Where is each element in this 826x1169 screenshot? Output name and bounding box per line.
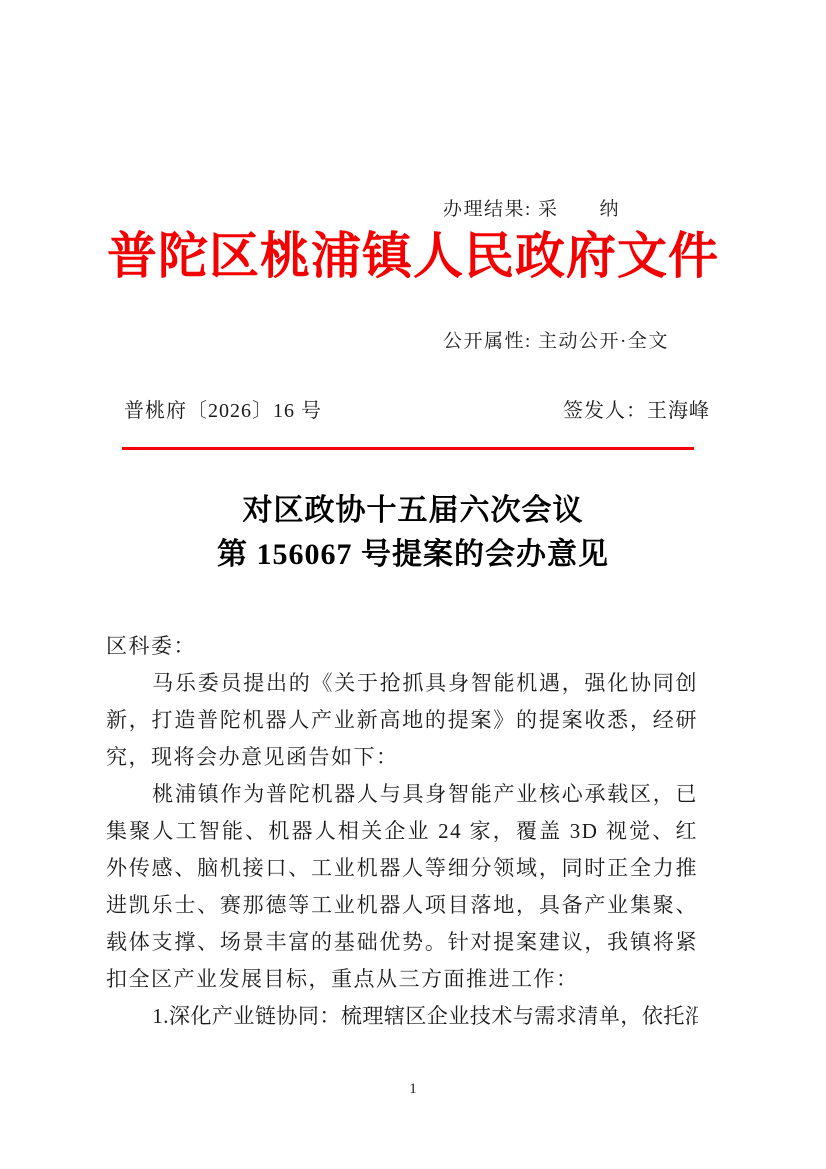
- paragraph-3-truncated: 1.深化产业链协同：梳理辖区企业技术与需求清单，依托沿: [106, 998, 698, 1035]
- paragraph-1: 马乐委员提出的《关于抢抓具身智能机遇，强化协同创新，打造普陀机器人产业新高地的提…: [106, 665, 698, 776]
- document-title-line2: 第 156067 号提案的会办意见: [217, 538, 609, 571]
- document-title-line1: 对区政协十五届六次会议: [243, 494, 584, 527]
- document-title: 对区政协十五届六次会议 第 156067 号提案的会办意见: [0, 489, 826, 577]
- reference-row: 普桃府〔2026〕16 号 签发人：王海峰: [124, 396, 710, 426]
- salutation: 区科委：: [106, 628, 698, 665]
- issuer-name: 签发人：王海峰: [563, 396, 710, 426]
- page-number: 1: [0, 1078, 826, 1100]
- body-text-block: 区科委： 马乐委员提出的《关于抢抓具身智能机遇，强化协同创新，打造普陀机器人产业…: [106, 628, 698, 1035]
- document-page: 办理结果: 采 纳 公开属性: 主动公开·全文 普陀区桃浦镇人民政府文件 普桃府…: [0, 0, 826, 1169]
- red-separator-rule: [122, 447, 694, 450]
- publicity-attribute-line: 公开属性: 主动公开·全文: [443, 320, 669, 364]
- document-number: 普桃府〔2026〕16 号: [124, 396, 322, 426]
- paragraph-2: 桃浦镇作为普陀机器人与具身智能产业核心承载区，已集聚人工智能、机器人相关企业 2…: [106, 776, 698, 998]
- agency-masthead-title: 普陀区桃浦镇人民政府文件: [0, 224, 826, 288]
